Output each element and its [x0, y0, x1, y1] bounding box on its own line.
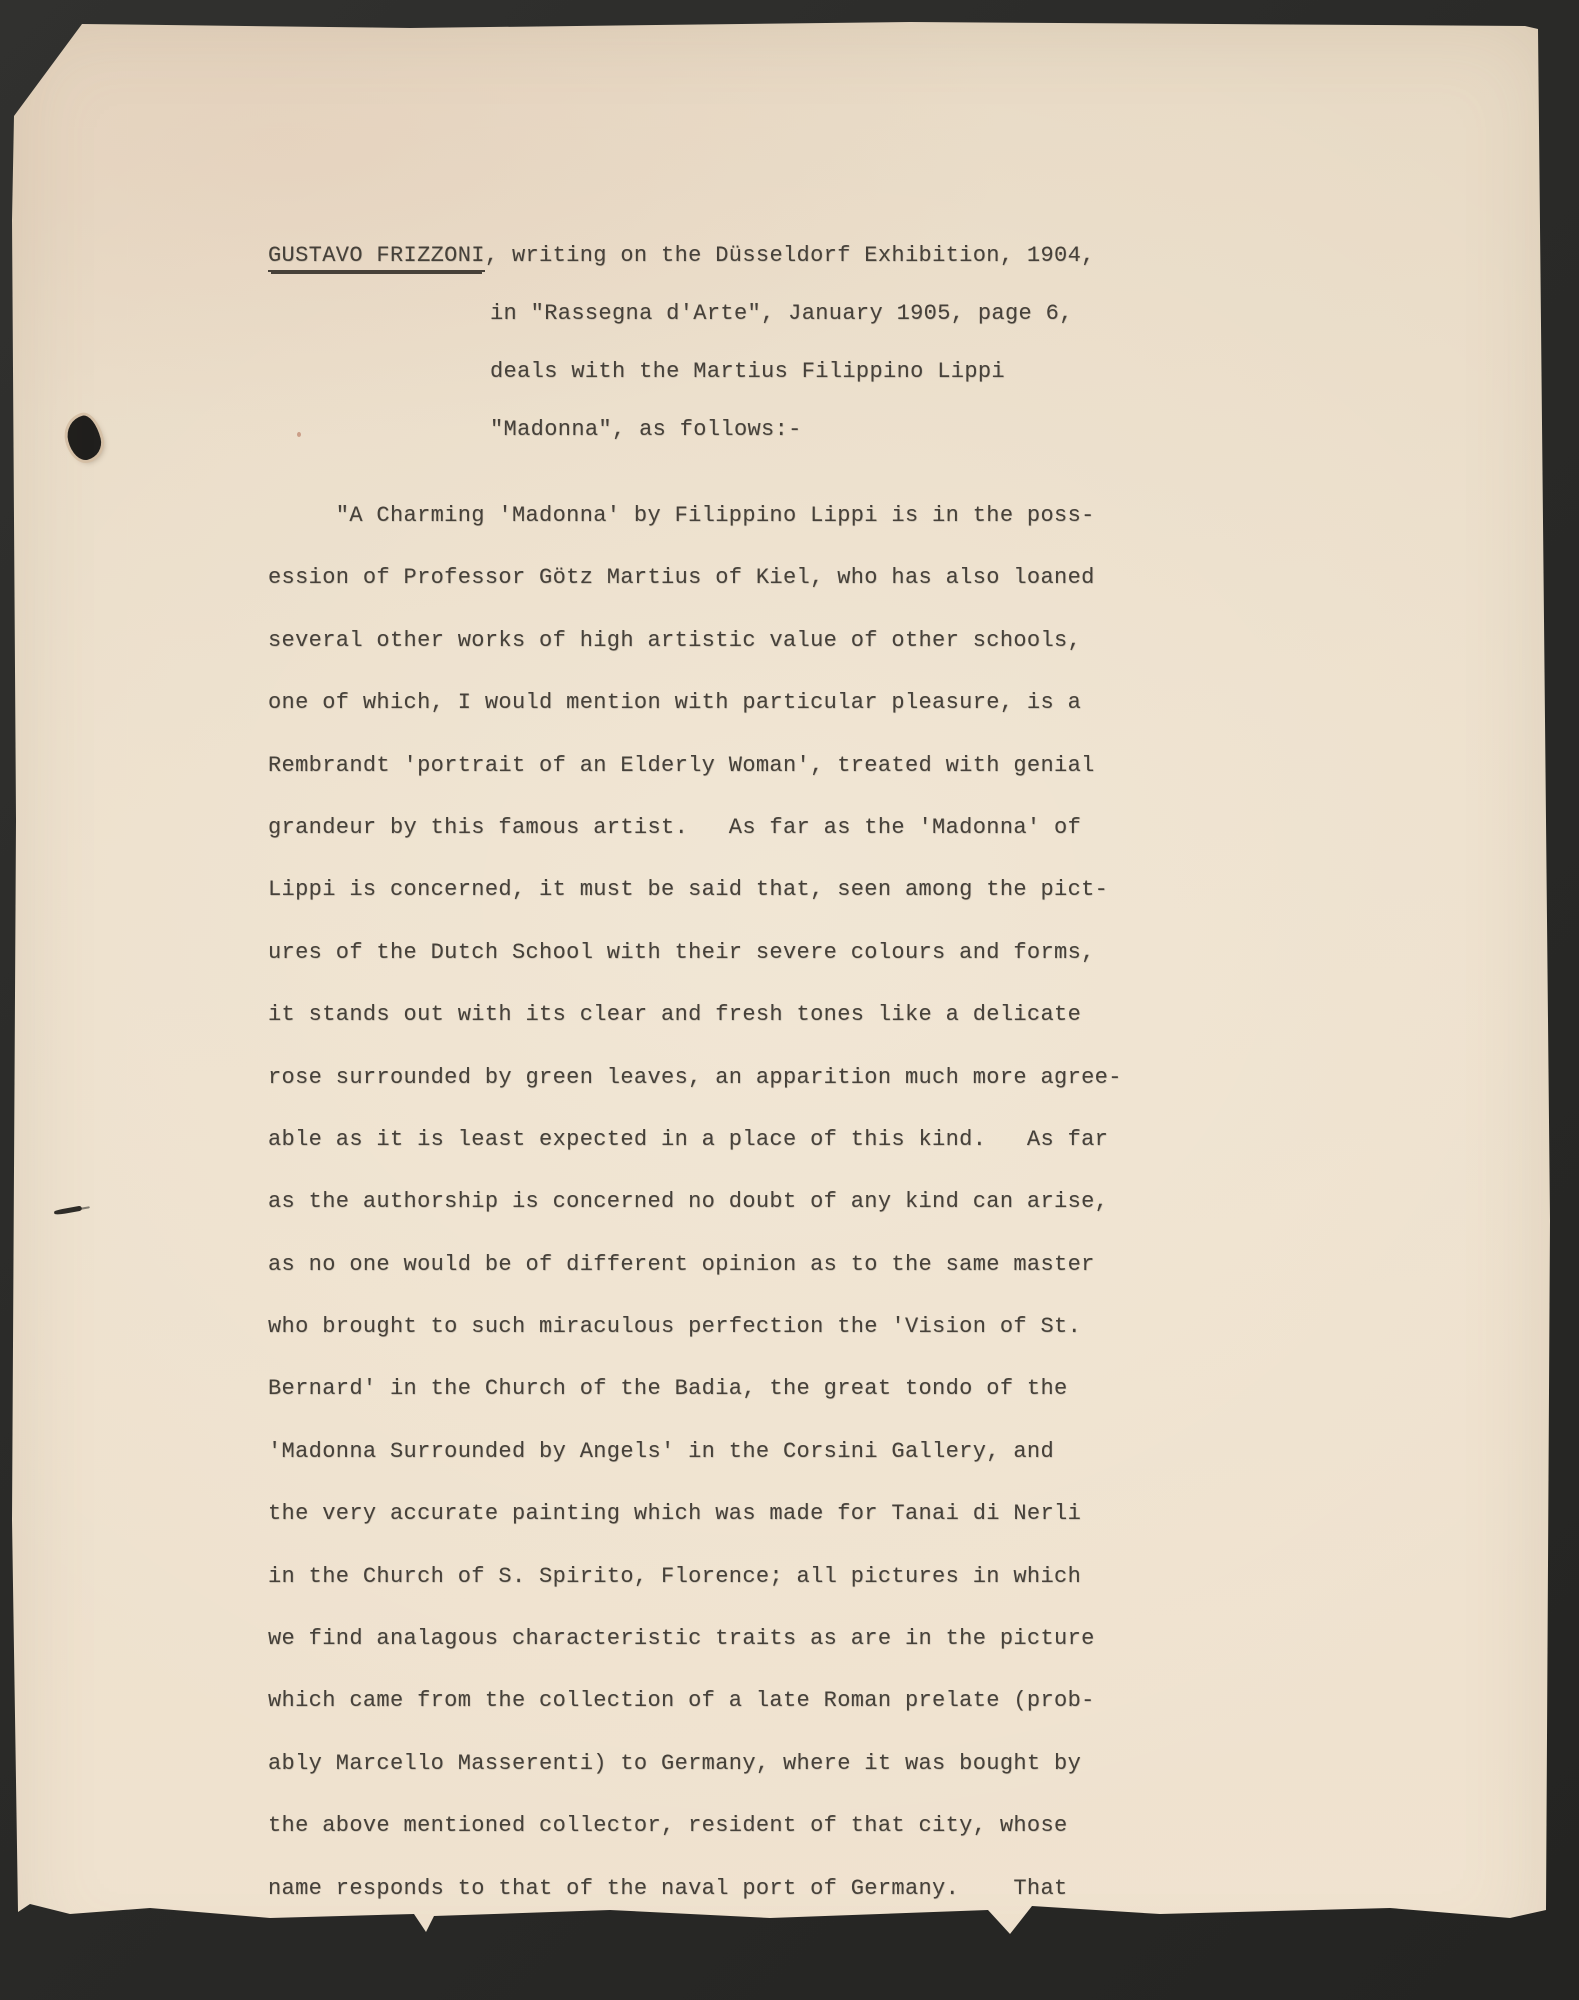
header-line-1: GUSTAVO FRIZZONI, writing on the Düsseld…: [268, 227, 1095, 285]
body-line: rose surrounded by green leaves, an appa…: [268, 1047, 1122, 1109]
body-line: as the authorship is concerned no doubt …: [268, 1171, 1122, 1233]
body-line: name responds to that of the naval port …: [268, 1858, 1122, 1920]
body-line: ures of the Dutch School with their seve…: [268, 922, 1122, 984]
photo-background: GUSTAVO FRIZZONI, writing on the Düsseld…: [0, 0, 1579, 2000]
body-line: ably Marcello Masserenti) to Germany, wh…: [268, 1733, 1122, 1795]
header-line-1-rest: , writing on the Düsseldorf Exhibition, …: [485, 243, 1095, 268]
body-line: Lippi is concerned, it must be said that…: [268, 859, 1122, 921]
body-line: ession of Professor Götz Martius of Kiel…: [268, 547, 1122, 609]
author-name: GUSTAVO FRIZZONI: [268, 243, 485, 272]
body-line: which came from the collection of a late…: [268, 1670, 1122, 1732]
body-line: several other works of high artistic val…: [268, 610, 1122, 672]
quotation-paragraph: "A Charming 'Madonna' by Filippino Lippi…: [268, 485, 1122, 1982]
citation-header: GUSTAVO FRIZZONI, writing on the Düsseld…: [268, 227, 1095, 459]
body-line: who brought to such miraculous perfectio…: [268, 1296, 1122, 1358]
body-line: Rembrandt 'portrait of an Elderly Woman'…: [268, 735, 1122, 797]
body-line: the picture was originally painted for s…: [268, 1920, 1122, 1982]
body-line: in the Church of S. Spirito, Florence; a…: [268, 1546, 1122, 1608]
body-line: 'Madonna Surrounded by Angels' in the Co…: [268, 1421, 1122, 1483]
pencil-mark: [54, 1206, 82, 1216]
body-line: one of which, I would mention with parti…: [268, 672, 1122, 734]
body-line: the very accurate painting which was mad…: [268, 1483, 1122, 1545]
torn-hole: [63, 413, 105, 463]
typescript-page: GUSTAVO FRIZZONI, writing on the Düsseld…: [10, 20, 1550, 1978]
header-line-4: "Madonna", as follows:-: [490, 401, 1095, 459]
body-line: the above mentioned collector, resident …: [268, 1795, 1122, 1857]
body-line: grandeur by this famous artist. As far a…: [268, 797, 1122, 859]
body-line: able as it is least expected in a place …: [268, 1109, 1122, 1171]
body-line: we find analagous characteristic traits …: [268, 1608, 1122, 1670]
body-line: Bernard' in the Church of the Badia, the…: [268, 1358, 1122, 1420]
header-line-2: in "Rassegna d'Arte", January 1905, page…: [490, 285, 1095, 343]
body-line: it stands out with its clear and fresh t…: [268, 984, 1122, 1046]
header-line-3: deals with the Martius Filippino Lippi: [490, 343, 1095, 401]
body-line: "A Charming 'Madonna' by Filippino Lippi…: [268, 485, 1122, 547]
body-line: as no one would be of different opinion …: [268, 1234, 1122, 1296]
